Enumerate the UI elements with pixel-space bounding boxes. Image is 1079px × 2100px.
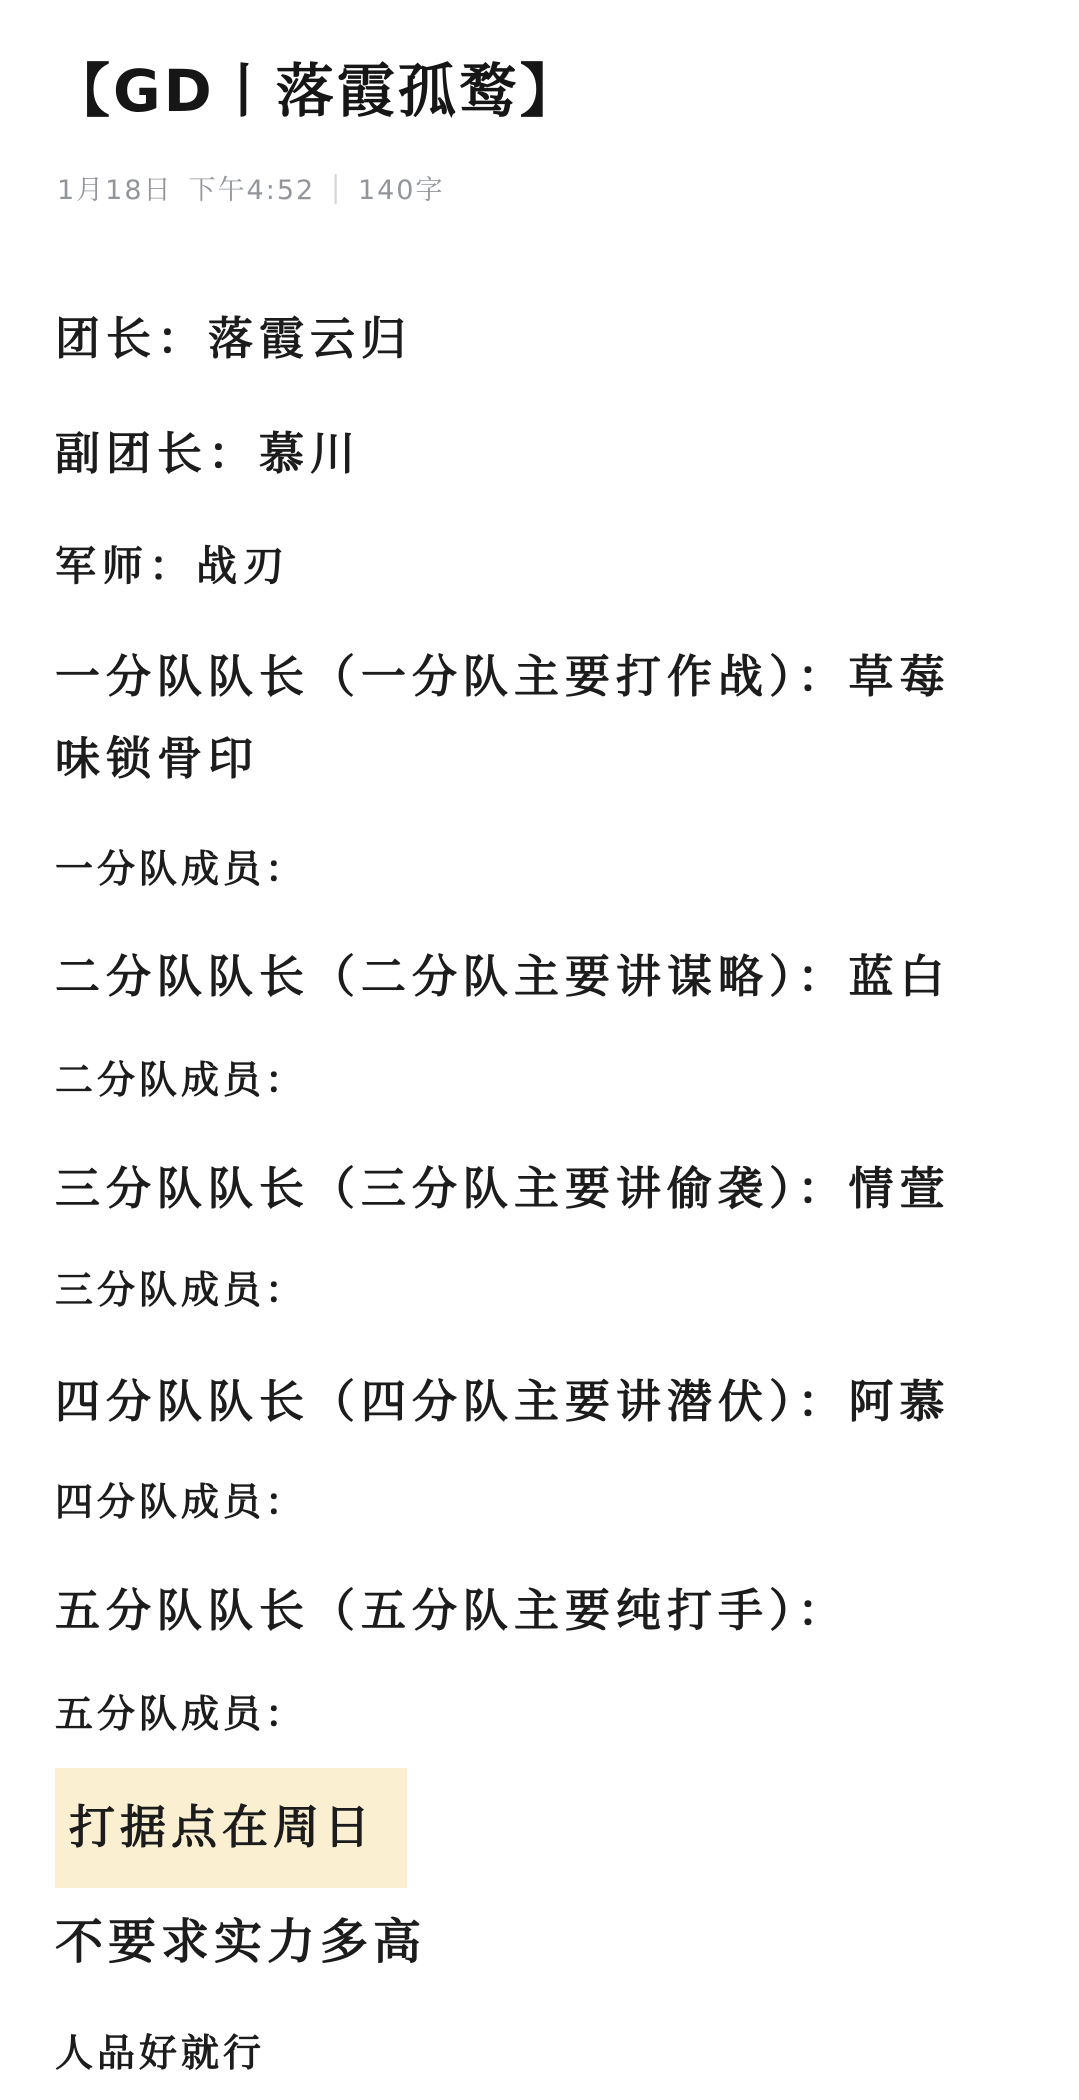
note-line-squad5-members: 五分队成员： — [55, 1692, 307, 1738]
note-line-squad3-members: 三分队成员： — [55, 1268, 307, 1314]
note-line-squad4-members: 四分队成员： — [55, 1480, 307, 1526]
note-line-no-skill-required: 不要求实力多高 — [55, 1914, 426, 1972]
note-line-squad1-members: 一分队成员： — [55, 847, 307, 893]
note-line-squad1-captain: 一分队队长（一分队主要打作战）：草莓味锁骨印 — [55, 636, 995, 800]
note-line-leader: 团长：落霞云归 — [55, 312, 412, 366]
note-line-highlight-schedule: 打据点在周日 — [55, 1768, 407, 1888]
note-line-squad2-members: 二分队成员： — [55, 1058, 307, 1104]
note-line-good-character: 人品好就行 — [55, 2031, 265, 2077]
note-content[interactable]: 团长：落霞云归 副团长：慕川 军师：战刃 一分队队长（一分队主要打作战）：草莓味… — [0, 0, 1079, 2100]
note-page: 【GD丨落霞孤鹜】 1月18日 下午4:52 | 140字 团长：落霞云归 副团… — [0, 0, 1079, 2100]
note-line-strategist: 军师：战刃 — [55, 542, 290, 591]
note-line-squad4-captain: 四分队队长（四分队主要讲潜伏）：阿慕 — [55, 1375, 951, 1429]
note-line-vice-leader: 副团长：慕川 — [55, 427, 361, 481]
note-line-squad2-captain: 二分队队长（二分队主要讲谋略）：蓝白 — [55, 950, 951, 1004]
note-line-squad5-captain: 五分队队长（五分队主要纯打手）： — [55, 1584, 849, 1638]
note-line-squad3-captain: 三分队队长（三分队主要讲偷袭）：情萱 — [55, 1162, 951, 1216]
